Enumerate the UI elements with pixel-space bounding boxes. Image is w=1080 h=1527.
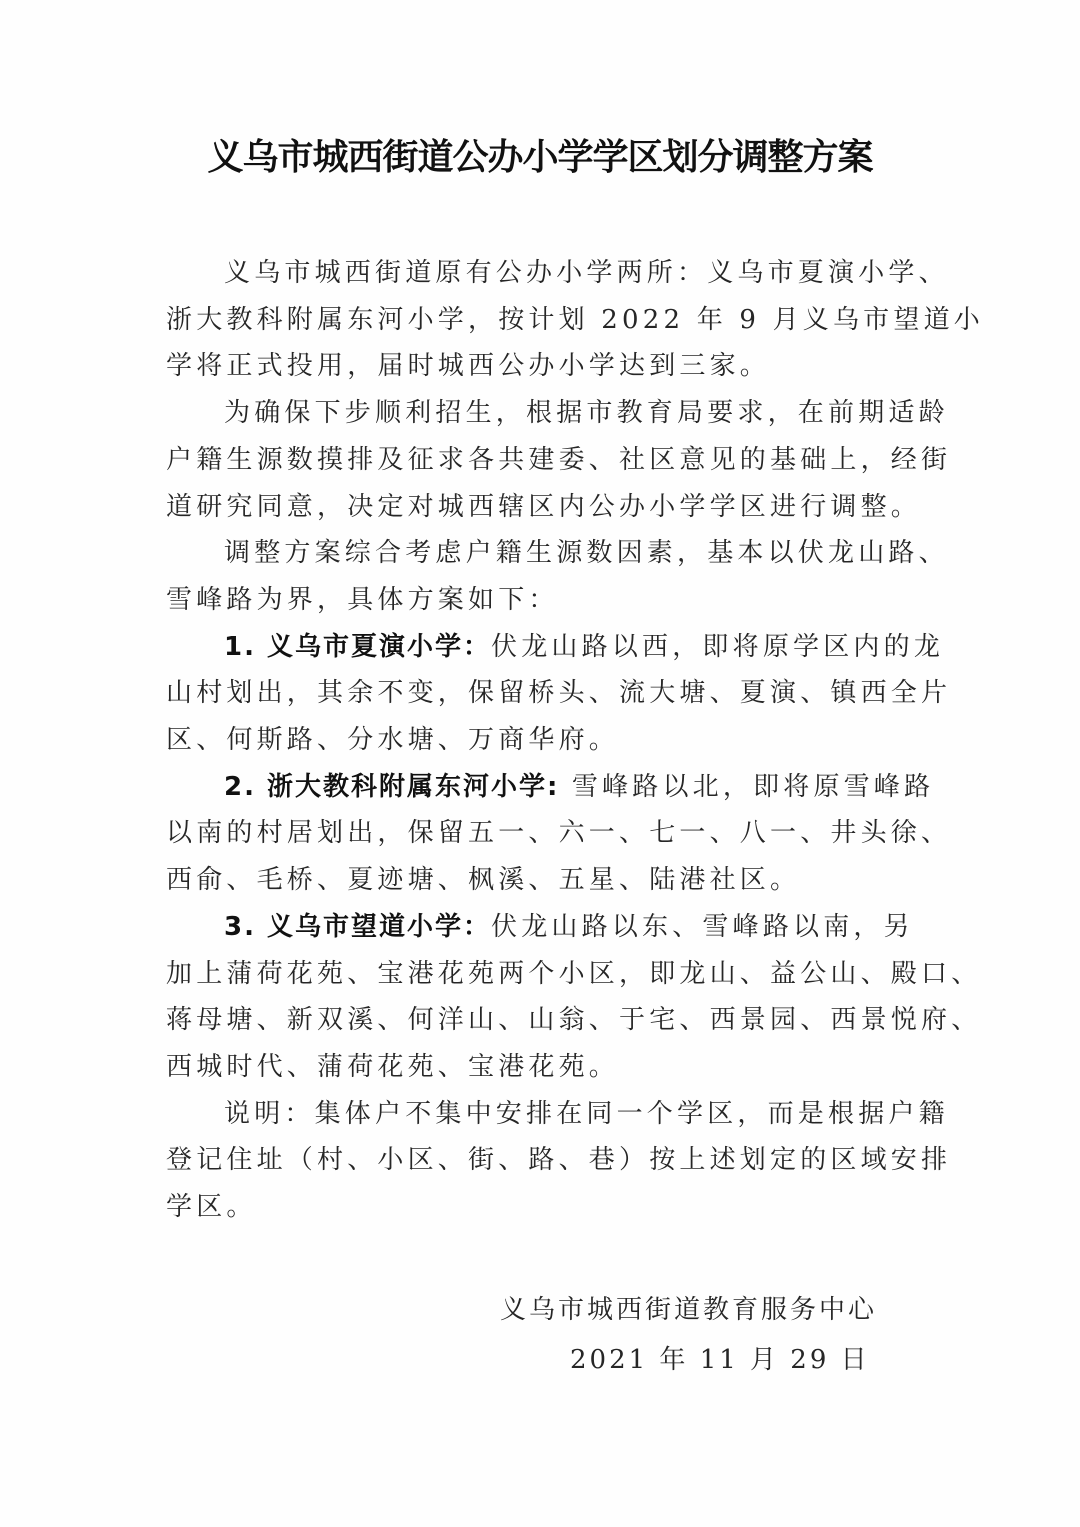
paragraph-note: 说明：集体户不集中安排在同一个学区，而是根据户籍 登记住址（村、小区、街、路、巷… xyxy=(166,1091,926,1231)
school-heading: 1. 义乌市夏演小学： xyxy=(224,632,491,662)
text-line: 户籍生源数摸排及征求各共建委、社区意见的基础上，经街 xyxy=(166,437,926,484)
text-line: 说明：集体户不集中安排在同一个学区，而是根据户籍 xyxy=(166,1091,926,1138)
text-line: 学将正式投用，届时城西公办小学达到三家。 xyxy=(166,343,926,390)
school-item-donghe: 2. 浙大教科附属东河小学: 雪峰路以北，即将原雪峰路 以南的村居划出，保留五一… xyxy=(166,764,926,904)
signature-block: 义乌市城西街道教育服务中心 2021 年 11 月 29 日 xyxy=(480,1285,900,1385)
text-line: 区、何斯路、分水塘、万商华府。 xyxy=(166,717,926,764)
text-line: 3. 义乌市望道小学：伏龙山路以东、雪峰路以南，另 xyxy=(166,904,926,951)
text-line: 西城时代、蒲荷花苑、宝港花苑。 xyxy=(166,1044,926,1091)
text-line: 义乌市城西街道原有公办小学两所：义乌市夏演小学、 xyxy=(166,250,926,297)
signature-organization: 义乌市城西街道教育服务中心 xyxy=(480,1285,900,1335)
school-description: 伏龙山路以西，即将原学区内的龙 xyxy=(491,632,944,662)
text-line: 学区。 xyxy=(166,1184,926,1231)
text-line: 雪峰路为界，具体方案如下： xyxy=(166,577,926,624)
signature-date: 2021 年 11 月 29 日 xyxy=(480,1335,900,1385)
text-line: 加上蒲荷花苑、宝港花苑两个小区，即龙山、益公山、殿口、 xyxy=(166,951,926,998)
school-heading: 3. 义乌市望道小学： xyxy=(224,912,491,942)
school-item-xiayan: 1. 义乌市夏演小学：伏龙山路以西，即将原学区内的龙 山村划出，其余不变，保留桥… xyxy=(166,624,926,764)
text-line: 道研究同意，决定对城西辖区内公办小学学区进行调整。 xyxy=(166,484,926,531)
school-heading: 2. 浙大教科附属东河小学: xyxy=(224,772,559,802)
school-description: 雪峰路以北，即将原雪峰路 xyxy=(559,772,934,802)
document-title: 义乌市城西街道公办小学学区划分调整方案 xyxy=(0,133,1080,183)
text-line: 浙大教科附属东河小学，按计划 2022 年 9 月义乌市望道小 xyxy=(166,297,926,344)
text-line: 登记住址（村、小区、街、路、巷）按上述划定的区域安排 xyxy=(166,1137,926,1184)
text-line: 2. 浙大教科附属东河小学: 雪峰路以北，即将原雪峰路 xyxy=(166,764,926,811)
text-line: 西俞、毛桥、夏迹塘、枫溪、五星、陆港社区。 xyxy=(166,857,926,904)
school-description: 伏龙山路以东、雪峰路以南，另 xyxy=(491,912,914,942)
text-line: 山村划出，其余不变，保留桥头、流大塘、夏演、镇西全片 xyxy=(166,670,926,717)
text-line: 以南的村居划出，保留五一、六一、七一、八一、井头徐、 xyxy=(166,810,926,857)
paragraph-intro: 义乌市城西街道原有公办小学两所：义乌市夏演小学、 浙大教科附属东河小学，按计划 … xyxy=(166,250,926,390)
text-line: 调整方案综合考虑户籍生源数因素，基本以伏龙山路、 xyxy=(166,530,926,577)
document-body: 义乌市城西街道原有公办小学两所：义乌市夏演小学、 浙大教科附属东河小学，按计划 … xyxy=(166,250,926,1231)
paragraph-principle: 调整方案综合考虑户籍生源数因素，基本以伏龙山路、 雪峰路为界，具体方案如下： xyxy=(166,530,926,623)
school-item-wangdao: 3. 义乌市望道小学：伏龙山路以东、雪峰路以南，另 加上蒲荷花苑、宝港花苑两个小… xyxy=(166,904,926,1091)
text-line: 1. 义乌市夏演小学：伏龙山路以西，即将原学区内的龙 xyxy=(166,624,926,671)
text-line: 为确保下步顺利招生，根据市教育局要求，在前期适龄 xyxy=(166,390,926,437)
document-page: 义乌市城西街道公办小学学区划分调整方案 义乌市城西街道原有公办小学两所：义乌市夏… xyxy=(0,0,1080,1527)
text-line: 蒋母塘、新双溪、何洋山、山翁、于宅、西景园、西景悦府、 xyxy=(166,997,926,1044)
paragraph-purpose: 为确保下步顺利招生，根据市教育局要求，在前期适龄 户籍生源数摸排及征求各共建委、… xyxy=(166,390,926,530)
